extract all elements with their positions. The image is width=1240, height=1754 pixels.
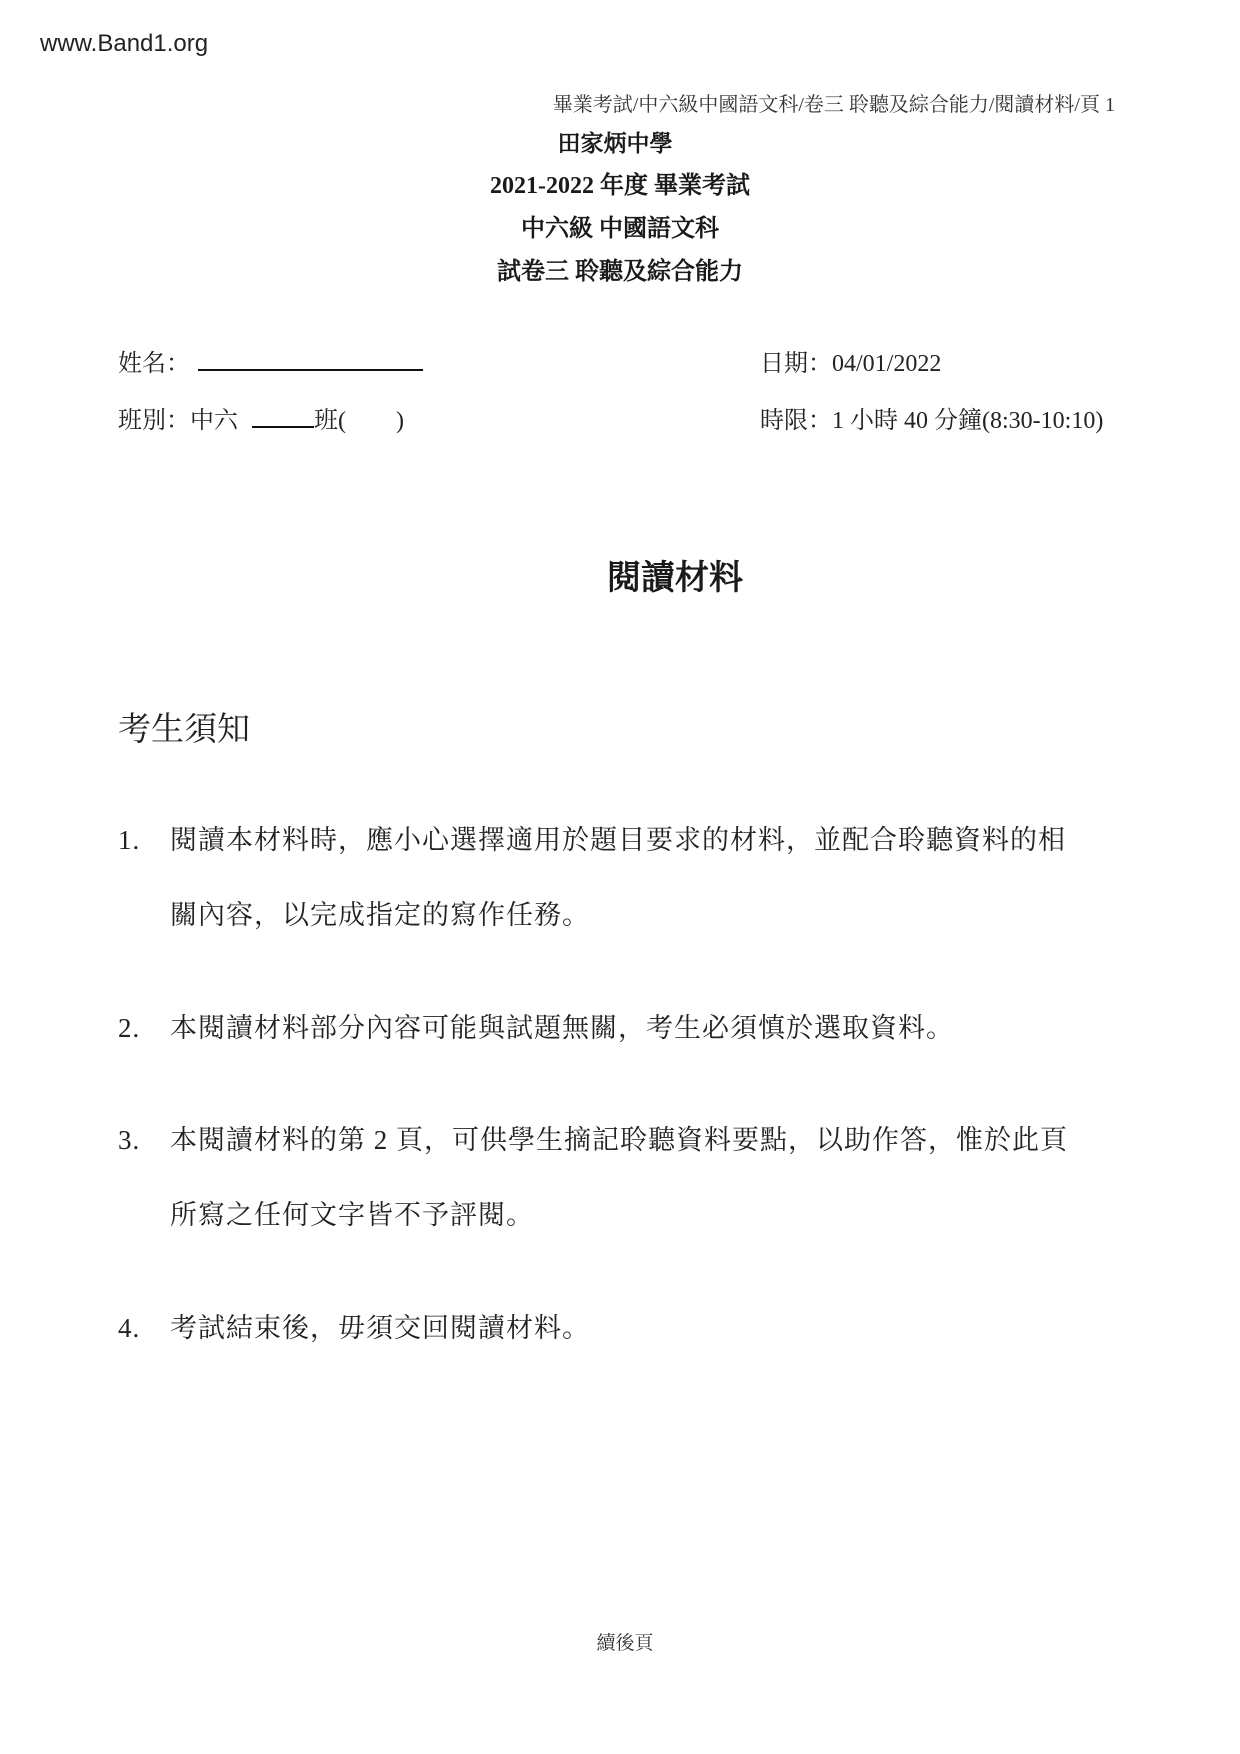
item-number: 1. [118, 825, 170, 856]
document-heading: 閱讀材料 [0, 550, 1240, 599]
date-label: 日期： [760, 351, 832, 377]
item-number: 4. [118, 1313, 170, 1344]
item-number: 3. [118, 1125, 170, 1156]
notice-item-4: 4.考試結束後，毋須交回閱讀材料。 [118, 1306, 590, 1345]
paper-title: 試卷三 聆聽及綜合能力 [0, 251, 1240, 294]
item-number: 2. [118, 1013, 170, 1044]
class-row: 班別：中六班() [118, 400, 404, 435]
running-header: 畢業考試/中六級中國語文科/卷三 聆聽及綜合能力/閱讀材料/頁 1 [553, 88, 1115, 117]
time-label: 時限： [760, 408, 832, 434]
date-row: 日期：04/01/2022 [760, 343, 941, 378]
time-value: 1 小時 40 分鐘(8:30-10:10) [832, 408, 1103, 434]
subject-title: 中六級 中國語文科 [0, 208, 1240, 251]
class-label: 班別：中六 [118, 408, 238, 434]
notice-item-1: 1.閱讀本材料時，應小心選擇適用於題目要求的材料，並配合聆聽資料的相 [118, 818, 1066, 857]
date-value: 04/01/2022 [832, 351, 941, 377]
item-text: 所寫之任何文字皆不予評閱。 [118, 1200, 534, 1230]
item-text: 考試結束後，毋須交回閱讀材料。 [170, 1313, 590, 1343]
notice-item-2: 2.本閱讀材料部分內容可能與試題無關，考生必須慎於選取資料。 [118, 1006, 954, 1045]
continued-footer: 續後頁 [0, 1628, 1240, 1655]
class-close-paren: ) [396, 408, 404, 434]
name-row: 姓名： [118, 343, 423, 378]
item-text: 閱讀本材料時，應小心選擇適用於題目要求的材料，並配合聆聽資料的相 [170, 825, 1066, 855]
item-text: 本閱讀材料的第 2 頁，可供學生摘記聆聽資料要點，以助作答，惟於此頁 [170, 1125, 1068, 1155]
name-field[interactable] [198, 349, 423, 371]
name-label: 姓名： [118, 351, 190, 377]
class-field[interactable] [252, 406, 314, 428]
watermark: www.Band1.org [40, 30, 208, 58]
notice-heading: 考生須知 [118, 703, 250, 750]
class-suffix: 班( [314, 408, 346, 434]
item-text: 關內容，以完成指定的寫作任務。 [118, 900, 590, 930]
school-name: 田家炳中學 [0, 122, 1240, 165]
notice-item-3: 3.本閱讀材料的第 2 頁，可供學生摘記聆聽資料要點，以助作答，惟於此頁 [118, 1118, 1068, 1157]
item-text: 本閱讀材料部分內容可能與試題無關，考生必須慎於選取資料。 [170, 1013, 954, 1043]
time-row: 時限：1 小時 40 分鐘(8:30-10:10) [760, 400, 1103, 435]
title-block: 田家炳中學 2021-2022 年度 畢業考試 中六級 中國語文科 試卷三 聆聽… [0, 122, 1240, 294]
exam-title: 2021-2022 年度 畢業考試 [0, 165, 1240, 208]
notice-item-1-continued: 關內容，以完成指定的寫作任務。 [118, 893, 590, 932]
notice-item-3-continued: 所寫之任何文字皆不予評閱。 [118, 1193, 534, 1232]
